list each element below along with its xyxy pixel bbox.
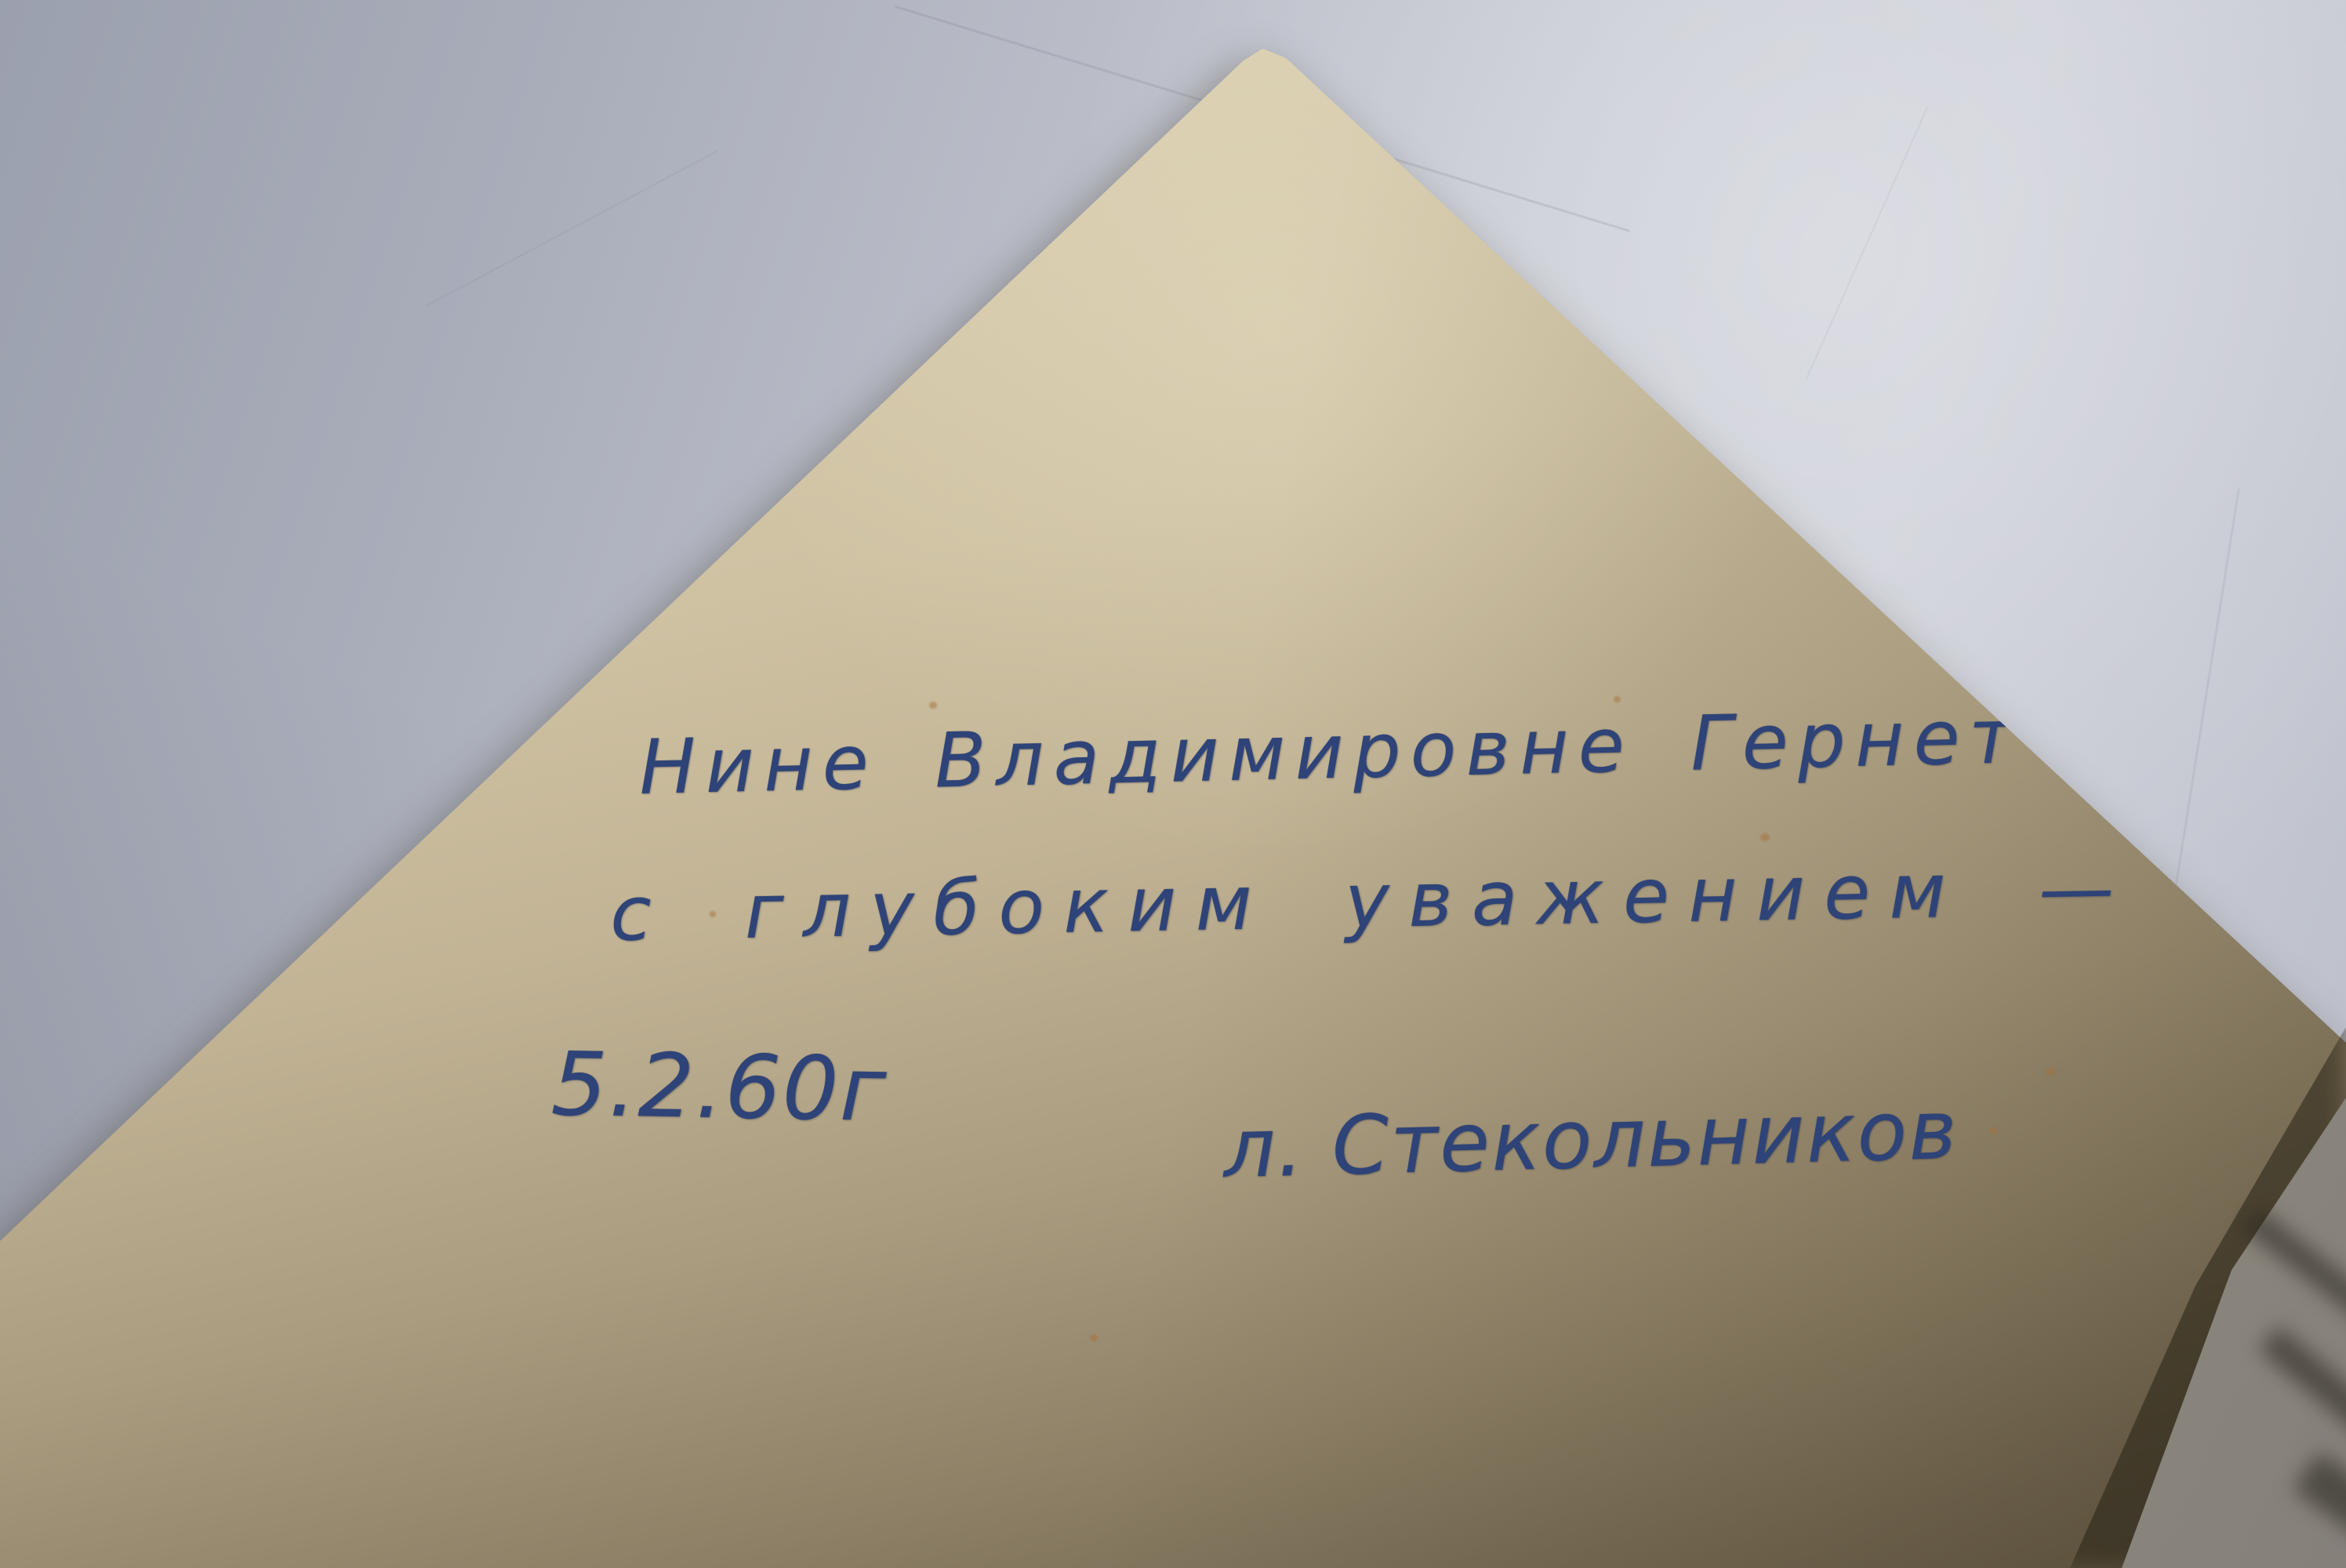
paper-speck bbox=[2046, 1068, 2055, 1076]
paper-speck bbox=[1990, 1127, 1997, 1134]
paper-speck bbox=[929, 702, 937, 709]
flyleaf-paper-wrap: Нине Владимировне Гернет с глубоким уваж… bbox=[0, 0, 2346, 1568]
paper-speck bbox=[1090, 1334, 1098, 1341]
inscription-line-respect: с глубоким уважением — bbox=[609, 844, 2134, 958]
inscription-date: 5.2.60г bbox=[550, 1033, 888, 1141]
inscription-line-dedicatee: Нине Владимировне Гернет bbox=[638, 692, 2023, 811]
inscription-signature: л. Стекольников bbox=[1222, 1082, 1959, 1196]
flyleaf-paper: Нине Владимировне Гернет с глубоким уваж… bbox=[0, 0, 2346, 1568]
paper-speck bbox=[1760, 833, 1770, 841]
photo-scene: Нине Владимировне Гернет с глубоким уваж… bbox=[0, 0, 2346, 1568]
